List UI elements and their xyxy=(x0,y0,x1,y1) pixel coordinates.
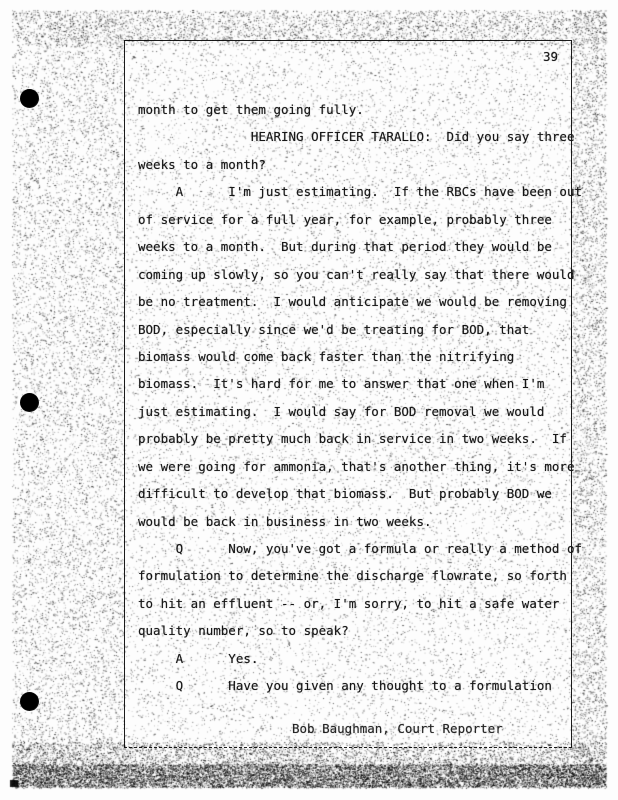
transcript-line: Q Have you given any thought to a formul… xyxy=(138,672,608,699)
transcript-line: weeks to a month. But during that period… xyxy=(138,233,608,260)
transcript-line: A Yes. xyxy=(138,645,608,672)
transcript-line: Q Now, you've got a formula or really a … xyxy=(138,535,608,562)
transcript-line: probably be pretty much back in service … xyxy=(138,425,608,452)
hole-punch-top xyxy=(20,89,39,108)
transcript-line: formulation to determine the discharge f… xyxy=(138,562,608,589)
transcript-line: month to get them going fully. xyxy=(138,96,608,123)
transcript-line: of service for a full year, for example,… xyxy=(138,206,608,233)
transcript-line: to hit an effluent -- or, I'm sorry, to … xyxy=(138,590,608,617)
transcript-line: quality number, so to speak? xyxy=(138,617,608,644)
transcript-line: just estimating. I would say for BOD rem… xyxy=(138,398,608,425)
transcript-body: month to get them going fully. HEARING O… xyxy=(138,96,608,700)
transcript-line: biomass would come back faster than the … xyxy=(138,343,608,370)
hole-punch-middle xyxy=(20,393,39,412)
transcript-line: be no treatment. I would anticipate we w… xyxy=(138,288,608,315)
transcript-line: would be back in business in two weeks. xyxy=(138,508,608,535)
hole-punch-bottom xyxy=(20,692,39,711)
transcript-line: weeks to a month? xyxy=(138,151,608,178)
transcript-line: A I'm just estimating. If the RBCs have … xyxy=(138,178,608,205)
transcript-line: coming up slowly, so you can't really sa… xyxy=(138,261,608,288)
transcript-line: BOD, especially since we'd be treating f… xyxy=(138,316,608,343)
transcript-line: biomass. It's hard for me to answer that… xyxy=(138,370,608,397)
court-reporter-footer: Bob Baughman, Court Reporter xyxy=(292,721,503,736)
transcript-line: difficult to develop that biomass. But p… xyxy=(138,480,608,507)
page-number: 39 xyxy=(543,49,558,64)
transcript-line: HEARING OFFICER TARALLO: Did you say thr… xyxy=(138,123,608,150)
transcript-line: we were going for ammonia, that's anothe… xyxy=(138,453,608,480)
scanned-page: 39 month to get them going fully. HEARIN… xyxy=(0,0,618,800)
